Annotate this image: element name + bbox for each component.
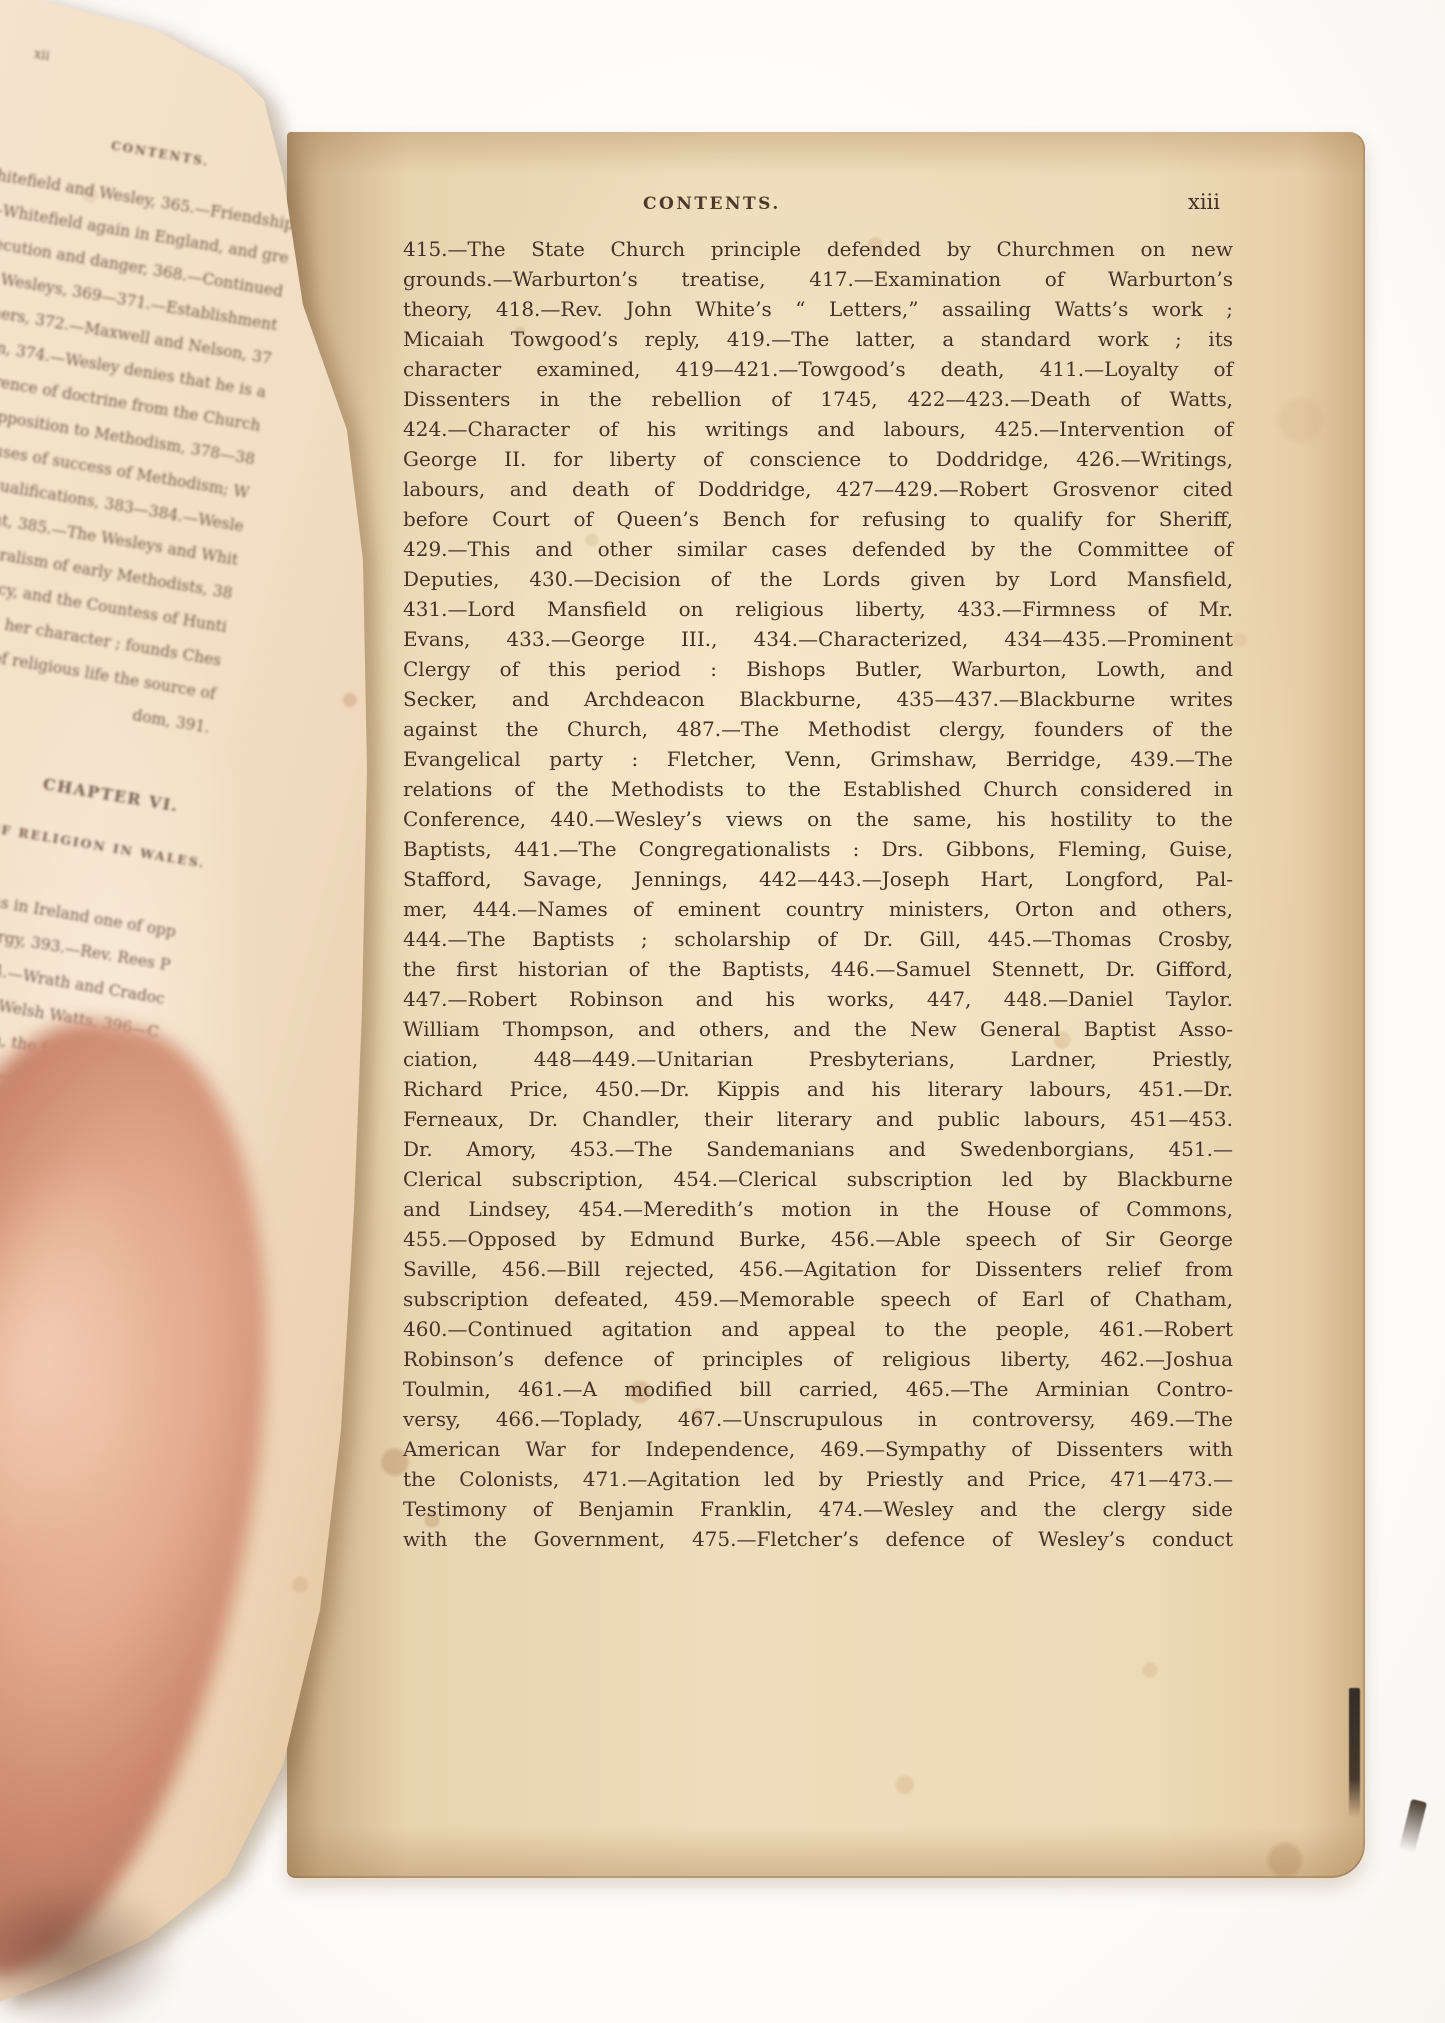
toc-line: Richard Price, 450.—Dr. Kippis and his l… bbox=[403, 1074, 1233, 1104]
toc-paragraph: 415.—The State Church principle defended… bbox=[403, 234, 1233, 1554]
toc-line: Toulmin, 461.—A modified bill carried, 4… bbox=[403, 1374, 1233, 1404]
book-cover-edge bbox=[1349, 1688, 1360, 1818]
toc-line: 460.—Continued agitation and appeal to t… bbox=[403, 1314, 1233, 1344]
toc-line: Secker, and Archdeacon Blackburne, 435—4… bbox=[403, 684, 1233, 714]
toc-line: labours, and death of Doddridge, 427—429… bbox=[403, 474, 1233, 504]
toc-line: Clerical subscription, 454.—Clerical sub… bbox=[403, 1164, 1233, 1194]
toc-line: relations of the Methodists to the Estab… bbox=[403, 774, 1233, 804]
toc-line: the Colonists, 471.—Agitation led by Pri… bbox=[403, 1464, 1233, 1494]
toc-line: Evans, 433.—George III., 434.—Characteri… bbox=[403, 624, 1233, 654]
toc-line: versy, 466.—Toplady, 467.—Unscrupulous i… bbox=[403, 1404, 1233, 1434]
toc-line: Ferneaux, Dr. Chandler, their literary a… bbox=[403, 1104, 1233, 1134]
toc-line: against the Church, 487.—The Methodist c… bbox=[403, 714, 1233, 744]
toc-line: Micaiah Towgood’s reply, 419.—The latter… bbox=[403, 324, 1233, 354]
left-toc-paragraph: Separation of Whitefield and Wesley, 365… bbox=[0, 100, 323, 749]
toc-line: Clergy of this period : Bishops Butler, … bbox=[403, 654, 1233, 684]
toc-line: ciation, 448—449.—Unitarian Presbyterian… bbox=[403, 1044, 1233, 1074]
book-cover-corner bbox=[1399, 1799, 1427, 1853]
book-page-right: CONTENTS. xiii 415.—The State Church pri… bbox=[287, 132, 1365, 1878]
toc-line: 444.—The Baptists ; scholarship of Dr. G… bbox=[403, 924, 1233, 954]
page-header-title: CONTENTS. bbox=[643, 194, 781, 214]
toc-line: 424.—Character of his writings and labou… bbox=[403, 414, 1233, 444]
toc-line: William Thompson, and others, and the Ne… bbox=[403, 1014, 1233, 1044]
toc-line: subscription defeated, 459.—Memorable sp… bbox=[403, 1284, 1233, 1314]
toc-line: grounds.—Warburton’s treatise, 417.—Exam… bbox=[403, 264, 1233, 294]
toc-line: Conference, 440.—Wesley’s views on the s… bbox=[403, 804, 1233, 834]
toc-line: before Court of Queen’s Bench for refusi… bbox=[403, 504, 1233, 534]
page-header: CONTENTS. xiii bbox=[287, 188, 1365, 222]
toc-line: and Lindsey, 454.—Meredith’s motion in t… bbox=[403, 1194, 1233, 1224]
toc-line: Dissenters in the rebellion of 1745, 422… bbox=[403, 384, 1233, 414]
page-number-xii: xii bbox=[0, 0, 342, 116]
toc-line: 415.—The State Church principle defended… bbox=[403, 234, 1233, 264]
toc-line: Robinson’s defence of principles of reli… bbox=[403, 1344, 1233, 1374]
page-number-xiii: xiii bbox=[1188, 190, 1220, 214]
toc-line: 431.—Lord Mansfield on religious liberty… bbox=[403, 594, 1233, 624]
toc-line: Dr. Amory, 453.—The Sandemanians and Swe… bbox=[403, 1134, 1233, 1164]
toc-line: with the Government, 475.—Fletcher’s def… bbox=[403, 1524, 1233, 1554]
toc-line: Testimony of Benjamin Franklin, 474.—Wes… bbox=[403, 1494, 1233, 1524]
toc-line: character examined, 419—421.—Towgood’s d… bbox=[403, 354, 1233, 384]
toc-line: American War for Independence, 469.—Symp… bbox=[403, 1434, 1233, 1464]
toc-line: George II. for liberty of conscience to … bbox=[403, 444, 1233, 474]
toc-line: Saville, 456.—Bill rejected, 456.—Agitat… bbox=[403, 1254, 1233, 1284]
toc-line: theory, 418.—Rev. John White’s “ Letters… bbox=[403, 294, 1233, 324]
toc-line: 429.—This and other similar cases defend… bbox=[403, 534, 1233, 564]
toc-line: Stafford, Savage, Jennings, 442—443.—Jos… bbox=[403, 864, 1233, 894]
toc-line: mer, 444.—Names of eminent country minis… bbox=[403, 894, 1233, 924]
photo-backdrop: CONTENTS. xiii 415.—The State Church pri… bbox=[0, 0, 1445, 2023]
toc-line: Deputies, 430.—Decision of the Lords giv… bbox=[403, 564, 1233, 594]
toc-line: Evangelical party : Fletcher, Venn, Grim… bbox=[403, 744, 1233, 774]
toc-line: 447.—Robert Robinson and his works, 447,… bbox=[403, 984, 1233, 1014]
toc-line: Baptists, 441.—The Congregationalists : … bbox=[403, 834, 1233, 864]
toc-line: the first historian of the Baptists, 446… bbox=[403, 954, 1233, 984]
toc-line: 455.—Opposed by Edmund Burke, 456.—Able … bbox=[403, 1224, 1233, 1254]
